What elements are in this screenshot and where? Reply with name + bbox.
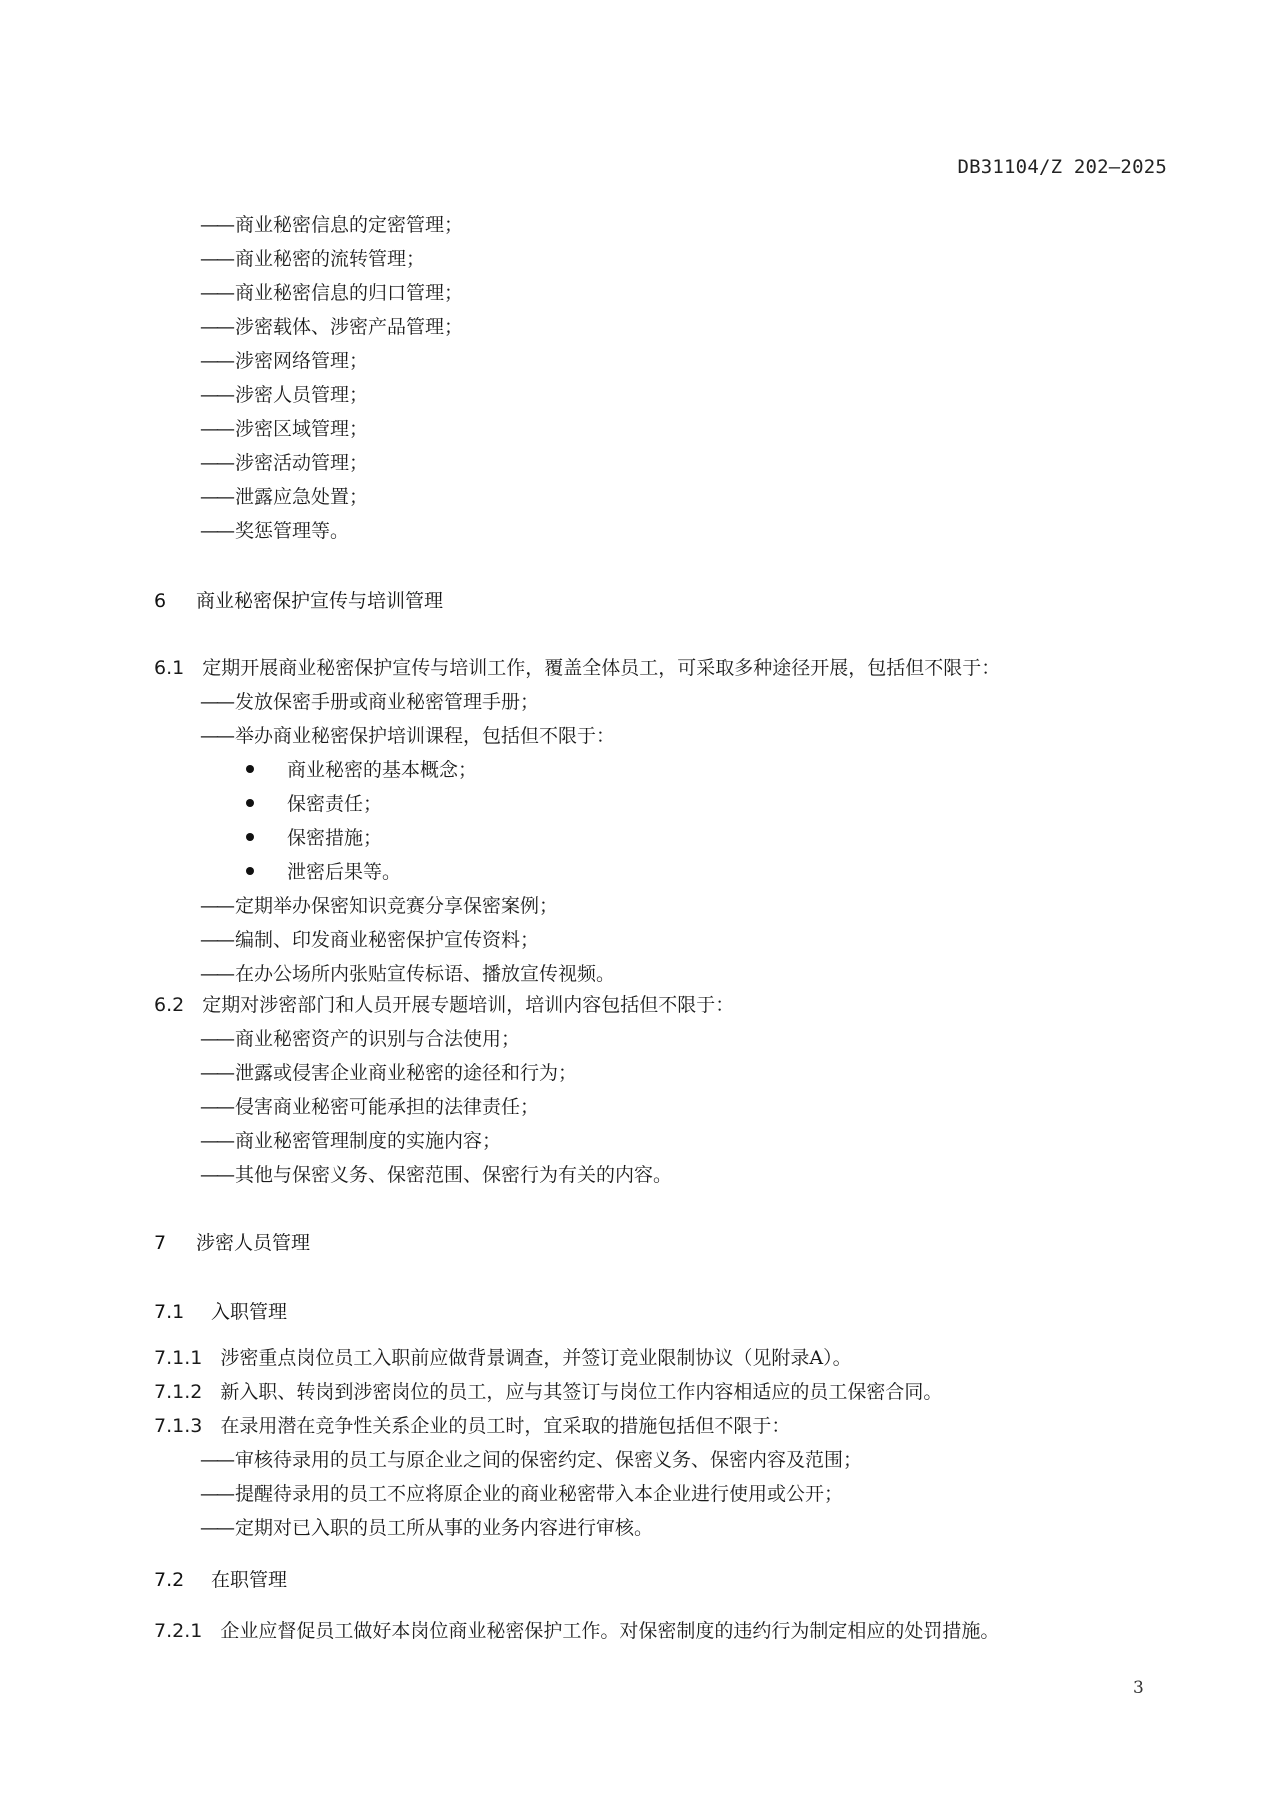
page-number: 3 xyxy=(1133,1678,1144,1698)
bullet-icon xyxy=(246,765,254,773)
clause-7-1-1: 7.1.1涉密重点岗位员工入职前应做背景调查，并签订竞业限制协议（见附录A）。 xyxy=(154,1341,852,1375)
list-item: ——商业秘密信息的归口管理； xyxy=(200,276,463,310)
list-item: ——举办商业秘密保护培训课程，包括但不限于： xyxy=(200,719,615,753)
list-item: ——定期举办保密知识竞赛分享保密案例； xyxy=(200,889,615,923)
section-heading-6: 6商业秘密保护宣传与培训管理 xyxy=(154,586,443,613)
list-item: ——编制、印发商业秘密保护宣传资料； xyxy=(200,923,615,957)
list-item: ——侵害商业秘密可能承担的法律责任； xyxy=(200,1090,672,1124)
list-item: ——审核待录用的员工与原企业之间的保密约定、保密义务、保密内容及范围； xyxy=(200,1443,862,1477)
clause-7-1-2: 7.1.2新入职、转岗到涉密岗位的员工，应与其签订与岗位工作内容相适应的员工保密… xyxy=(154,1375,942,1409)
list-item: ——涉密网络管理； xyxy=(200,344,463,378)
list-item: ——泄露应急处置； xyxy=(200,480,463,514)
bullet-icon xyxy=(246,833,254,841)
subsection-heading-7-2: 7.2在职管理 xyxy=(154,1565,287,1592)
bullet-item: 泄密后果等。 xyxy=(200,855,615,889)
list-item: ——商业秘密资产的识别与合法使用； xyxy=(200,1022,672,1056)
clause-6-1-list: ——发放保密手册或商业秘密管理手册； ——举办商业秘密保护培训课程，包括但不限于… xyxy=(200,685,615,991)
bullet-item: 商业秘密的基本概念； xyxy=(200,753,615,787)
clause-6-1: 6.1定期开展商业秘密保护宣传与培训工作，覆盖全体员工，可采取多种途径开展，包括… xyxy=(154,651,1000,685)
list-item: ——奖惩管理等。 xyxy=(200,514,463,548)
section-heading-7: 7涉密人员管理 xyxy=(154,1228,310,1255)
clause-7-2-1: 7.2.1企业应督促员工做好本岗位商业秘密保护工作。对保密制度的违约行为制定相应… xyxy=(154,1614,999,1648)
bullet-item: 保密措施； xyxy=(200,821,615,855)
list-item: ——其他与保密义务、保密范围、保密行为有关的内容。 xyxy=(200,1158,672,1192)
list-item: ——发放保密手册或商业秘密管理手册； xyxy=(200,685,615,719)
clause-6-2: 6.2定期对涉密部门和人员开展专题培训，培训内容包括但不限于： xyxy=(154,988,734,1022)
document-id: DB31104/Z 202—2025 xyxy=(957,156,1167,178)
list-item: ——涉密载体、涉密产品管理； xyxy=(200,310,463,344)
bullet-icon xyxy=(246,799,254,807)
bullet-item: 保密责任； xyxy=(200,787,615,821)
list-item: ——商业秘密信息的定密管理； xyxy=(200,208,463,242)
list-item: ——在办公场所内张贴宣传标语、播放宣传视频。 xyxy=(200,957,615,991)
subsection-heading-7-1: 7.1入职管理 xyxy=(154,1297,287,1324)
bullet-icon xyxy=(246,867,254,875)
list-item: ——提醒待录用的员工不应将原企业的商业秘密带入本企业进行使用或公开； xyxy=(200,1477,862,1511)
list-item: ——涉密人员管理； xyxy=(200,378,463,412)
intro-list: ——商业秘密信息的定密管理； ——商业秘密的流转管理； ——商业秘密信息的归口管… xyxy=(200,208,463,548)
clause-7-1-3-list: ——审核待录用的员工与原企业之间的保密约定、保密义务、保密内容及范围； ——提醒… xyxy=(200,1443,862,1545)
list-item: ——泄露或侵害企业商业秘密的途径和行为； xyxy=(200,1056,672,1090)
list-item: ——商业秘密管理制度的实施内容； xyxy=(200,1124,672,1158)
list-item: ——涉密区域管理； xyxy=(200,412,463,446)
list-item: ——商业秘密的流转管理； xyxy=(200,242,463,276)
clause-6-2-list: ——商业秘密资产的识别与合法使用； ——泄露或侵害企业商业秘密的途径和行为； —… xyxy=(200,1022,672,1192)
clause-7-1-3: 7.1.3在录用潜在竞争性关系企业的员工时，宜采取的措施包括但不限于： xyxy=(154,1409,790,1443)
list-item: ——涉密活动管理； xyxy=(200,446,463,480)
list-item: ——定期对已入职的员工所从事的业务内容进行审核。 xyxy=(200,1511,862,1545)
